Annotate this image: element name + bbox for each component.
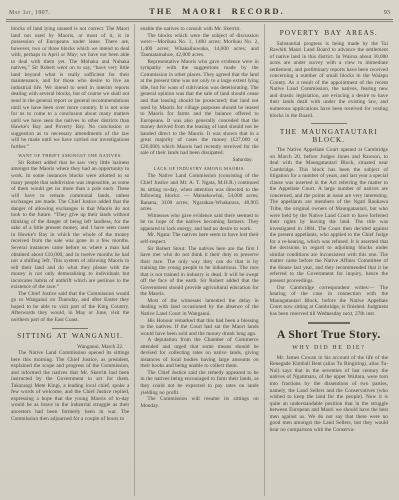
- issue-date: May 1st, 1907.: [9, 10, 50, 16]
- story-subhead: WHY DID HE DIE?: [270, 345, 388, 351]
- paragraph: blocks of land lying unused is not corre…: [11, 26, 129, 150]
- section-divider: [52, 328, 88, 329]
- newspaper-column-2: enable the natives to consult with Mr. S…: [134, 24, 263, 496]
- paragraph: The Native Land Commission opened its si…: [11, 350, 129, 422]
- paragraph: The blocks which were the subject of dis…: [140, 33, 258, 59]
- newspaper-page: May 1st, 1907. THE MAORI RECORD. 93 bloc…: [0, 0, 399, 500]
- masthead: May 1st, 1907. THE MAORI RECORD. 93: [6, 3, 393, 18]
- section-divider: [311, 123, 347, 124]
- dateline: Saturday.: [140, 157, 258, 164]
- paragraph: The Chief Justice said that the Commissi…: [11, 291, 129, 324]
- paragraph: A deputation from the Chamber of Commerc…: [140, 337, 258, 370]
- newspaper-column-1: blocks of land lying unused is not corre…: [6, 24, 134, 496]
- paragraph: Sir Robert added that he saw very little…: [11, 160, 129, 291]
- paragraph: The Chief Justice said the remedy appear…: [140, 370, 258, 396]
- paragraph: Mr. James Cowan in his account of the li…: [270, 355, 388, 434]
- page-number: 93: [384, 9, 390, 16]
- paragraph: Substantial progress is being made by th…: [270, 41, 388, 120]
- article-header: POVERTY BAY AREAS.: [270, 29, 388, 37]
- article-columns: blocks of land lying unused is not corre…: [6, 24, 393, 496]
- section-divider: [308, 322, 350, 324]
- paragraph: His Honour remarked that this had been a…: [140, 318, 258, 338]
- paragraph: Our Cambridge correspondent writes:— The…: [270, 285, 388, 318]
- paragraph: The Native Land Commission (consisting o…: [140, 173, 258, 212]
- paragraph: Representative Maoris who gave evidence …: [140, 59, 258, 157]
- paragraph: Sir Robert Stout: The natives here are t…: [140, 246, 258, 298]
- section-subhead: LACK OF INDUSTRY AMONG MAORIS.: [140, 166, 258, 171]
- section-subhead: WANT OF THRIFT AMONGST THE NATIVES.: [11, 153, 129, 158]
- masthead-rule: [6, 19, 393, 22]
- paragraph: The Commission will resume its sittings …: [140, 396, 258, 409]
- paragraph: Mr. Ngata: The natives here seem to have…: [140, 232, 258, 245]
- paragraph: Witnesses who gave evidence said there s…: [140, 213, 258, 233]
- paragraph: Most of the witnesses lamented the delay…: [140, 298, 258, 318]
- newspaper-column-3: POVERTY BAY AREAS.Substantial progress i…: [264, 24, 393, 496]
- article-header: SITTING AT WANGANUI.: [11, 332, 129, 340]
- page-title: THE MAORI RECORD.: [149, 6, 284, 16]
- paragraph: The Native Appellate Court opened at Cam…: [270, 147, 388, 284]
- article-header: THE MAUNGATAUTARI BLOCK.: [270, 128, 388, 144]
- story-headline: A Short True Story.: [270, 329, 388, 341]
